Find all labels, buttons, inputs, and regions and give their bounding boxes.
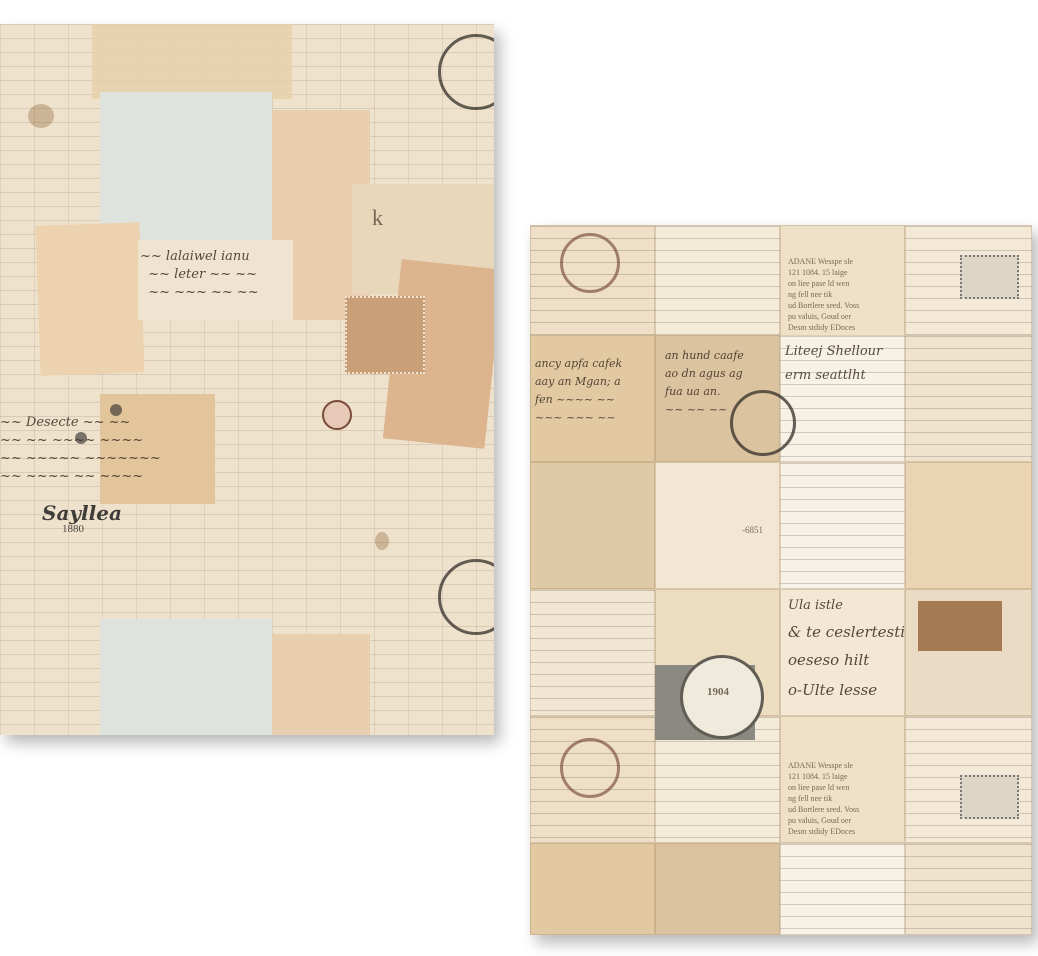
pale-blue-scrap-repeat <box>100 619 272 735</box>
tan-scrap-repeat <box>272 634 370 735</box>
printed-text: ADANE Wesspe sle 121 1084. 15 laige on l… <box>788 749 859 837</box>
tile <box>530 843 655 935</box>
handwriting: ~~ Desecte ~~ ~~ ~~ ~~ ~~~~ ~~~~ ~~ ~~~~… <box>0 414 161 486</box>
handwriting: o-Ulte lesse <box>788 681 877 699</box>
handwriting: an hund caafe ao dn agus ag fua ua an. ~… <box>665 347 744 419</box>
newsprint-scrap <box>92 24 292 99</box>
stamp-date: 1904 <box>707 687 729 698</box>
collage-sheet-left: ~~ lalaiwel ianu ~~ leter ~~ ~~ ~~ ~~~ ~… <box>0 24 494 735</box>
handwriting: & te ceslertesti <box>788 623 905 641</box>
postmark-icon <box>560 738 620 798</box>
handwriting: Ula istle <box>788 597 843 615</box>
pale-blue-scrap <box>100 92 272 242</box>
handwriting: erm seattlht <box>785 367 866 385</box>
tile <box>780 462 905 589</box>
small-stamp-icon <box>960 775 1019 819</box>
ledger-number: -6851 <box>742 525 763 536</box>
tile <box>530 462 655 589</box>
wax-seal-icon <box>322 400 352 430</box>
brown-torn-scrap <box>918 601 1002 651</box>
signature: Sayllea <box>42 504 122 522</box>
perforated-stamp <box>345 296 425 374</box>
handwriting: ancy apfa cafek aay an Mgan; a fen ~~~~ … <box>535 355 622 427</box>
tile <box>780 843 905 935</box>
folded-paper-scrap <box>35 222 144 376</box>
tile <box>905 462 1032 589</box>
letter-k: k <box>372 212 383 223</box>
coffee-stain <box>375 532 389 550</box>
tile <box>655 225 780 352</box>
postmark-icon <box>560 233 620 293</box>
small-stamp-icon <box>960 255 1019 299</box>
handwriting: oeseso hilt <box>788 651 869 669</box>
collage-sheet-right: 1904 Liteej Shellour erm seattlht Ula is… <box>530 225 1032 935</box>
tile <box>655 843 780 935</box>
printed-text: ADANE Wesspe sle 121 1084. 15 laige on l… <box>788 245 859 333</box>
handwriting: ~~ lalaiwel ianu ~~ leter ~~ ~~ ~~ ~~~ ~… <box>140 248 259 302</box>
tile <box>905 335 1032 462</box>
coffee-stain <box>28 104 54 128</box>
tile <box>905 843 1032 935</box>
tile <box>530 589 655 716</box>
handwriting: Liteej Shellour <box>785 343 882 361</box>
signature-year: 1880 <box>62 524 84 535</box>
